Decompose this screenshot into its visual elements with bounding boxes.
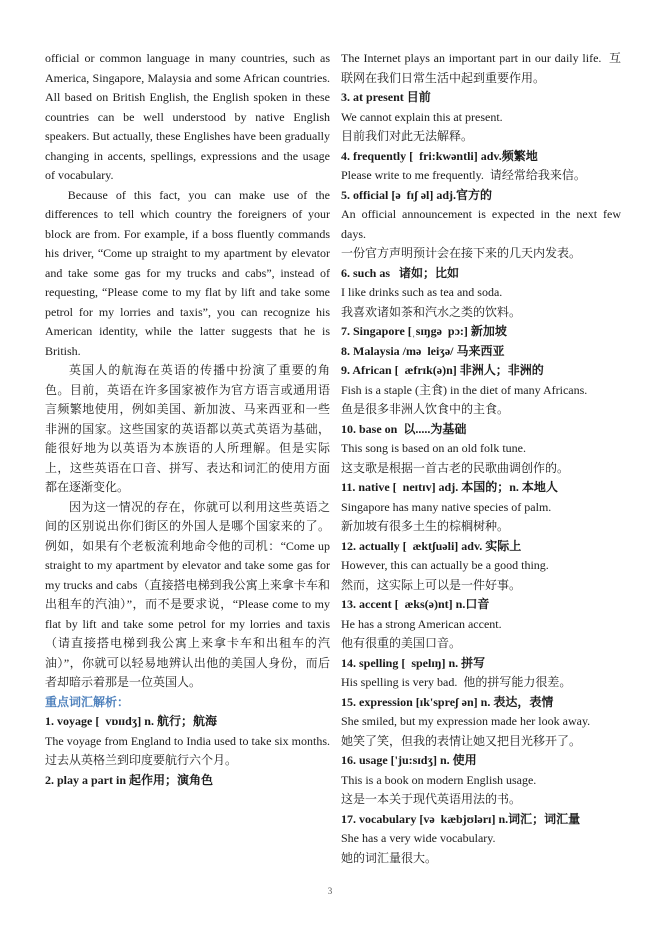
vocab-entry-heading: 15. expression [ɪk'spreʃ ən] n. 表达，表情 (341, 693, 621, 713)
vocab-entry-heading: 14. spelling [ spelɪŋ] n. 拼写 (341, 654, 621, 674)
document-page: official or common language in many coun… (0, 0, 660, 933)
vocab-entry-heading: 13. accent [ æks(ə)nt] n.口音 (341, 595, 621, 615)
vocab-entry-heading: 6. such as 诸如；比如 (341, 264, 621, 284)
example-sentence: 新加坡有很多土生的棕榈树种。 (341, 517, 621, 537)
example-sentence: I like drinks such as tea and soda. (341, 283, 621, 303)
example-sentence: 一份官方声明预计会在接下来的几天内发表。 (341, 244, 621, 264)
example-sentence: 她的词汇量很大。 (341, 849, 621, 869)
example-sentence: An official announcement is expected in … (341, 205, 621, 244)
vocab-entry-heading: 1. voyage [ vɒɪɪdʒ] n. 航行；航海 (45, 712, 330, 732)
example-sentence: We cannot explain this at present. (341, 108, 621, 128)
example-sentence: He has a strong American accent. (341, 615, 621, 635)
example-sentence: The voyage from England to India used to… (45, 732, 330, 771)
example-sentence: She smiled, but my expression made her l… (341, 712, 621, 732)
example-sentence: 鱼是很多非洲人饮食中的主食。 (341, 400, 621, 420)
vocab-entry-heading: 17. vocabulary [və kæbjʊlərɪ] n.词汇；词汇量 (341, 810, 621, 830)
example-sentence: This is a book on modern English usage. (341, 771, 621, 791)
example-sentence: 他有很重的美国口音。 (341, 634, 621, 654)
vocab-entry-heading: 7. Singapore [ˌsɪŋgə pɔ:] 新加坡 (341, 322, 621, 342)
section-heading: 重点词汇解析： (45, 693, 330, 713)
example-sentence: This song is based on an old folk tune. (341, 439, 621, 459)
vocab-entry-heading: 10. base on 以.....为基础 (341, 420, 621, 440)
example-sentence: 然而，这实际上可以是一件好事。 (341, 576, 621, 596)
example-sentence: Please write to me frequently. 请经常给我来信。 (341, 166, 621, 186)
example-sentence: 这支歌是根据一首古老的民歌曲调创作的。 (341, 459, 621, 479)
vocab-entry-heading: 2. play a part in 起作用；演角色 (45, 771, 330, 791)
vocab-entry-heading: 9. African [ æfrɪk(ə)n] 非洲人；非洲的 (341, 361, 621, 381)
vocab-entry-heading: 5. official [ə fɪʃ əl] adj.官方的 (341, 186, 621, 206)
vocab-entry-heading: 3. at present 目前 (341, 88, 621, 108)
example-sentence: Singapore has many native species of pal… (341, 498, 621, 518)
example-sentence: 她笑了笑，但我的表情让她又把目光移开了。 (341, 732, 621, 752)
vocab-entry-heading: 11. native [ neɪtɪv] adj. 本国的；n. 本地人 (341, 478, 621, 498)
body-paragraph: official or common language in many coun… (45, 49, 330, 186)
left-text-column: official or common language in many coun… (45, 49, 330, 933)
vocab-entry-heading: 4. frequently [ fri:kwəntli] adv.频繁地 (341, 147, 621, 167)
example-sentence: She has a very wide vocabulary. (341, 829, 621, 849)
example-sentence: However, this can actually be a good thi… (341, 556, 621, 576)
example-sentence: 我喜欢诸如茶和汽水之类的饮料。 (341, 303, 621, 323)
example-sentence: The Internet plays an important part in … (341, 49, 621, 88)
body-paragraph-chinese: 因为这一情况的存在，你就可以利用这些英语之间的区别说出你们街区的外国人是哪个国家… (45, 498, 330, 693)
vocab-entry-heading: 8. Malaysia /mə leiʒə/ 马来西亚 (341, 342, 621, 362)
example-sentence: 这是一本关于现代英语用法的书。 (341, 790, 621, 810)
example-sentence: His spelling is very bad. 他的拼写能力很差。 (341, 673, 621, 693)
right-text-column: The Internet plays an important part in … (341, 49, 621, 933)
page-number: 3 (0, 885, 660, 897)
vocab-entry-heading: 12. actually [ æktʃuəli] adv. 实际上 (341, 537, 621, 557)
example-sentence: Fish is a staple (主食) in the diet of man… (341, 381, 621, 401)
body-paragraph-chinese: 英国人的航海在英语的传播中扮演了重要的角色。目前，英语在许多国家被作为官方语言或… (45, 361, 330, 498)
body-paragraph: Because of this fact, you can make use o… (45, 186, 330, 362)
vocab-entry-heading: 16. usage ['ju:sɪdʒ] n. 使用 (341, 751, 621, 771)
example-sentence: 目前我们对此无法解释。 (341, 127, 621, 147)
